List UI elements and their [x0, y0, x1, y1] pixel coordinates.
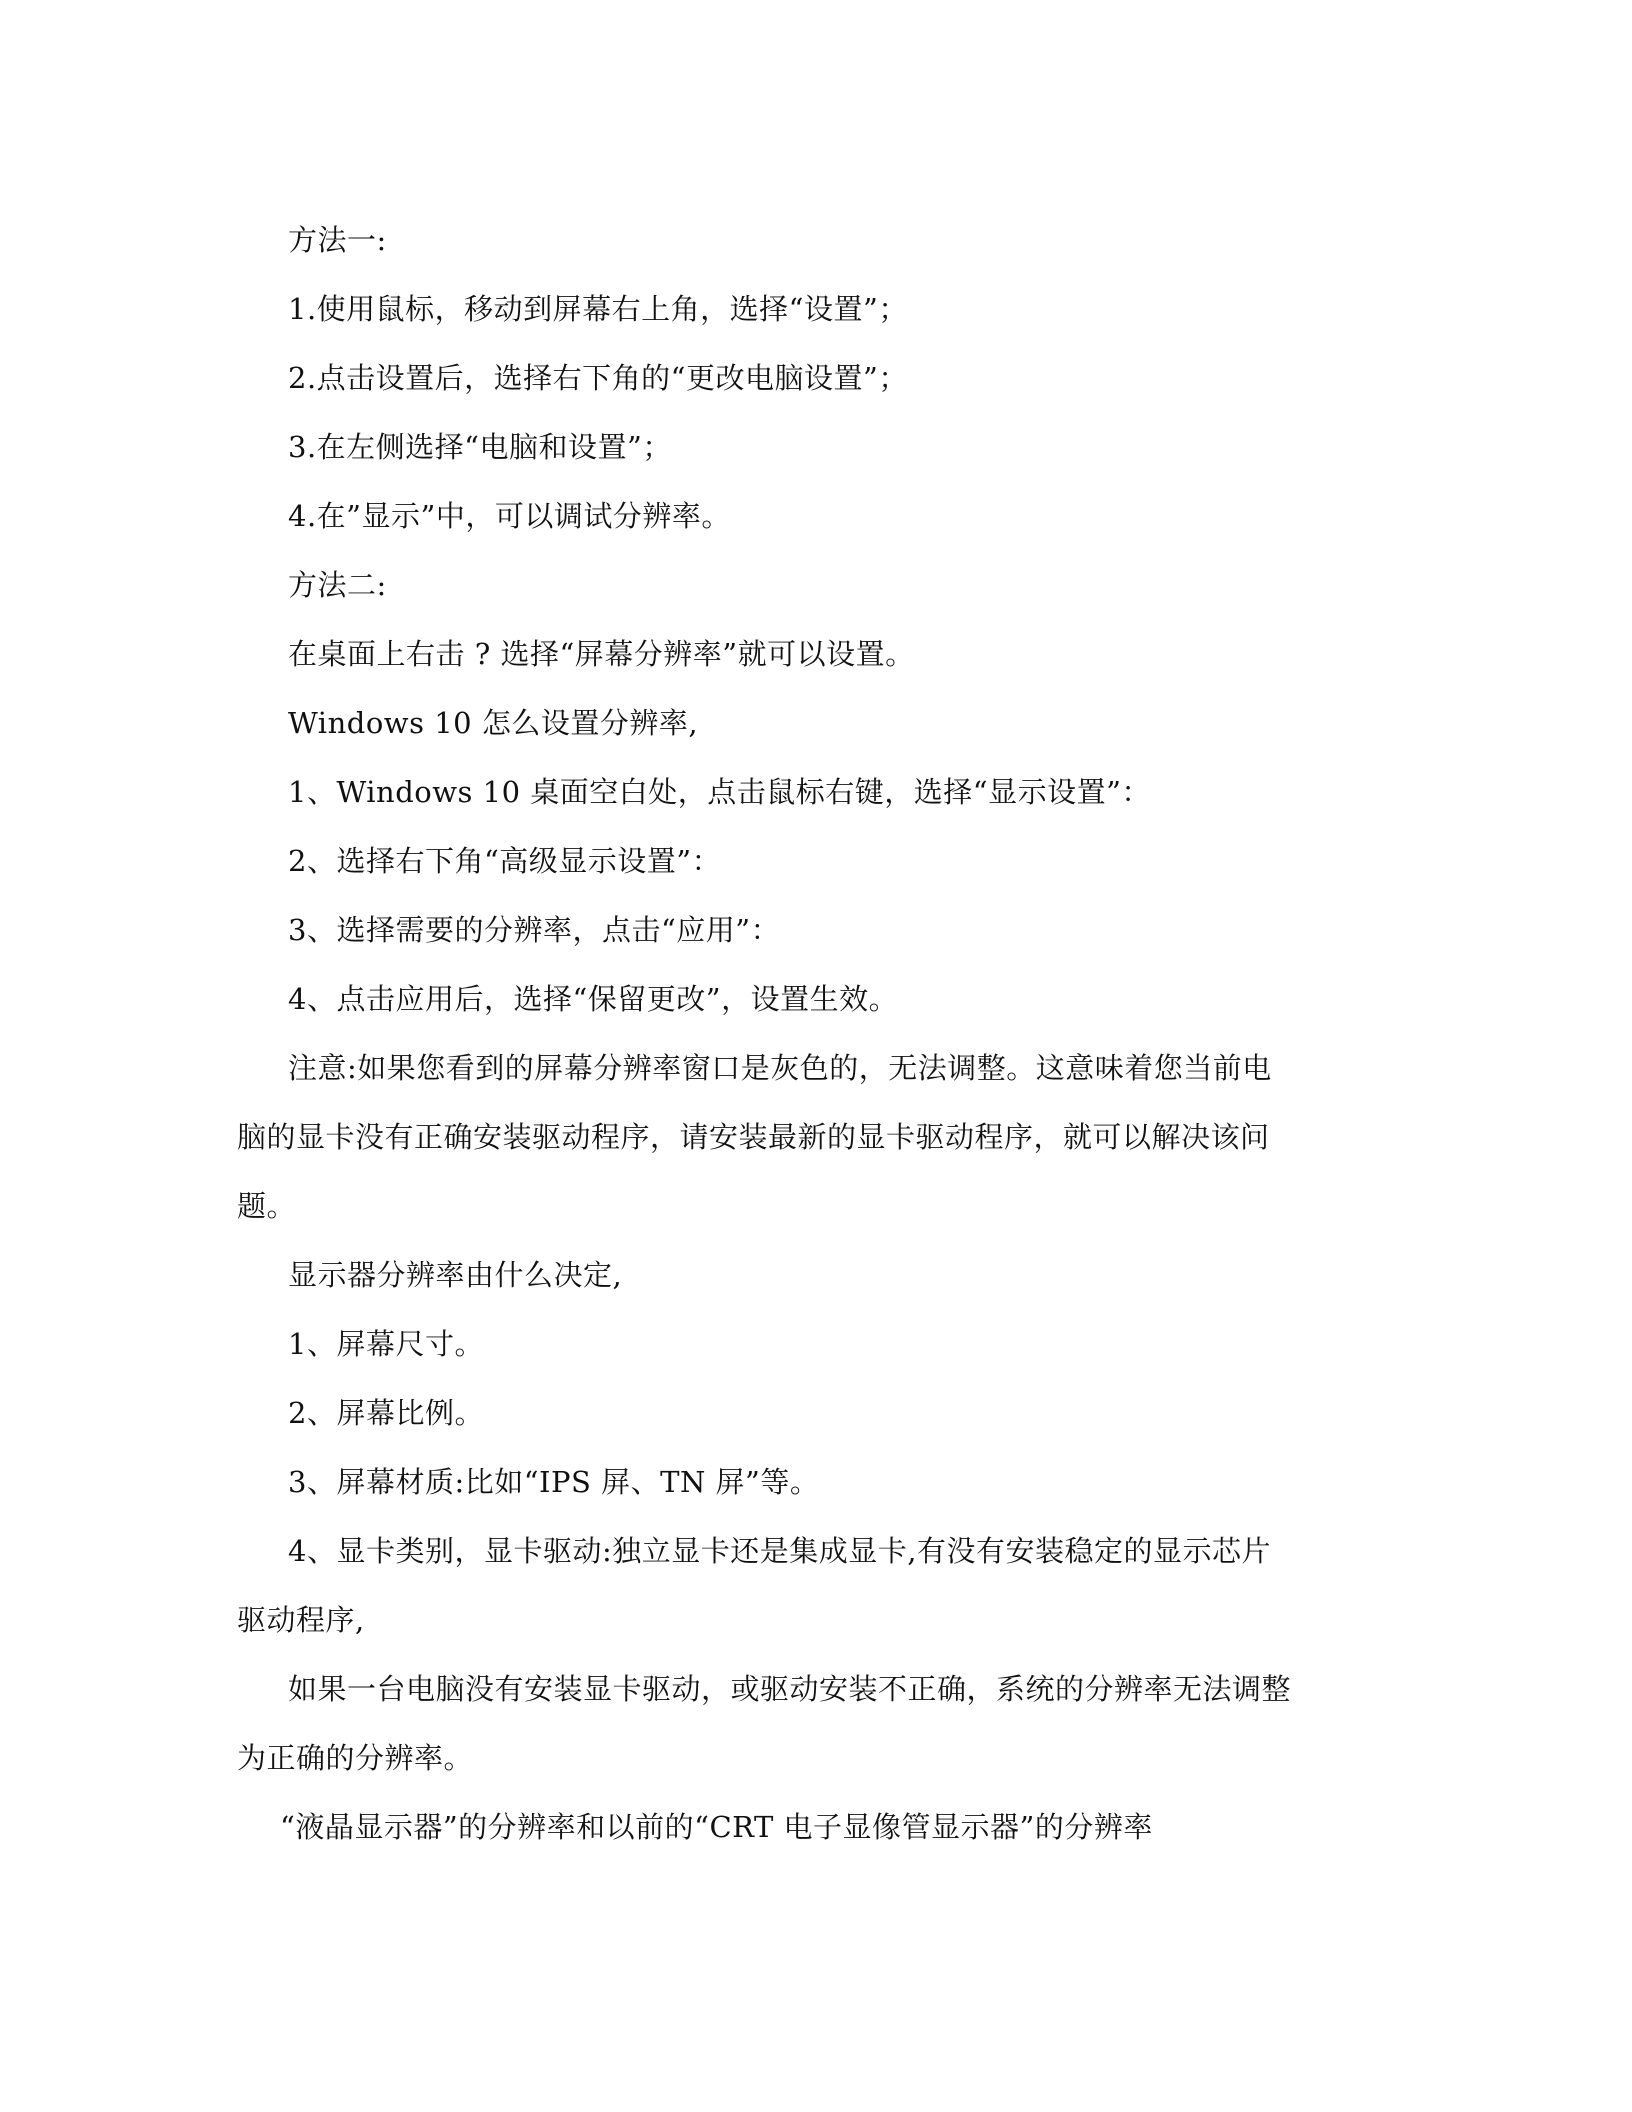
factor-3: 3、屏幕材质:比如“IPS 屏、TN 屏”等。 — [288, 1464, 819, 1500]
heading-method-one: 方法一: — [288, 222, 387, 258]
heading-method-two: 方法二: — [288, 567, 387, 603]
method-one-step-2: 2.点击设置后，选择右下角的“更改电脑设置”； — [288, 360, 908, 396]
lcd-crt-paragraph-line-1: “液晶显示器”的分辨率和以前的“CRT 电子显像管显示器”的分辨率 — [280, 1809, 1153, 1845]
win10-step-1: 1、Windows 10 桌面空白处，点击鼠标右键，选择“显示设置”： — [288, 774, 1151, 810]
win10-step-3: 3、选择需要的分辨率，点击“应用”： — [288, 912, 780, 948]
factor-4-line-1: 4、显卡类别，显卡驱动:独立显卡还是集成显卡,有没有安装稳定的显示芯片 — [288, 1533, 1271, 1569]
driver-paragraph-line-1: 如果一台电脑没有安装显卡驱动，或驱动安装不正确，系统的分辨率无法调整 — [288, 1671, 1291, 1707]
method-one-step-3: 3.在左侧选择“电脑和设置”； — [288, 429, 672, 465]
win10-step-4: 4、点击应用后，选择“保留更改”，设置生效。 — [288, 981, 898, 1017]
driver-paragraph-line-2: 为正确的分辨率。 — [237, 1740, 473, 1776]
factor-1: 1、屏幕尺寸。 — [288, 1326, 484, 1362]
note-paragraph-line-1: 注意:如果您看到的屏幕分辨率窗口是灰色的，无法调整。这意味着您当前电 — [288, 1050, 1272, 1086]
factor-4-line-2: 驱动程序, — [237, 1602, 365, 1638]
method-one-step-4: 4.在”显示”中，可以调试分辨率。 — [288, 498, 731, 534]
win10-step-2: 2、选择右下角“高级显示设置”： — [288, 843, 721, 879]
method-two-text: 在桌面上右击 ? 选择“屏幕分辨率”就可以设置。 — [288, 636, 915, 672]
document-page: 方法一: 1.使用鼠标，移动到屏幕右上角，选择“设置”； 2.点击设置后，选择右… — [0, 0, 1632, 2112]
method-one-step-1: 1.使用鼠标，移动到屏幕右上角，选择“设置”； — [288, 291, 908, 327]
factor-2: 2、屏幕比例。 — [288, 1395, 484, 1431]
heading-resolution-factors: 显示器分辨率由什么决定, — [288, 1257, 622, 1293]
note-paragraph-line-3: 题。 — [237, 1188, 296, 1224]
note-paragraph-line-2: 脑的显卡没有正确安装驱动程序，请安装最新的显卡驱动程序，就可以解决该问 — [237, 1119, 1270, 1155]
heading-windows-10: Windows 10 怎么设置分辨率, — [288, 705, 698, 741]
